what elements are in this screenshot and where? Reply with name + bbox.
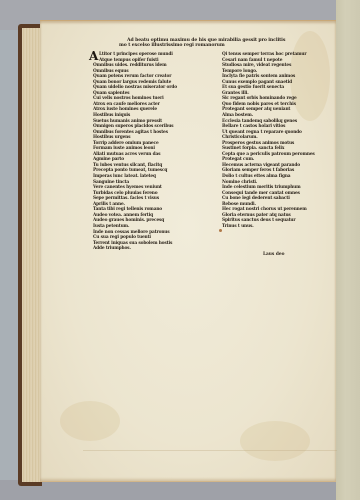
left-column: Ltitor t principes operose mundi Atque t… [93,52,177,252]
verse-line: Omnigen superos placidos sceribus [93,124,177,130]
verse-line: Quam uidelio nostras miserator ordo [93,85,177,91]
verse-line: Trinus t unus. [222,224,315,230]
rubric-mark [219,229,222,232]
show-through-area [83,300,337,451]
background-left [0,30,20,490]
verse-line: Ltitor t principes operose mundi [93,52,177,58]
verse-line: Inde celestium meritis triumphum [222,185,315,191]
explicit-text: Laus deo [263,252,284,257]
heading-line-2: mo t excelso illustrissimo regi romanoru… [119,43,297,48]
verse-line: Qi tenus semper terras hoc pretamur [222,52,315,58]
verse-line: Quam potens rerum factor creator [93,74,177,80]
verse-line: Omnibus uides. redditurus idem [93,63,177,69]
page-heading: Ad beatu optimu maximu de his que mirabi… [127,38,297,48]
right-column: Qi tenus semper terras hoc pretamur Cesa… [222,52,315,230]
background-bottom [0,480,340,500]
verse-line: Adde triumphos. [93,246,177,252]
facing-board [336,0,360,500]
